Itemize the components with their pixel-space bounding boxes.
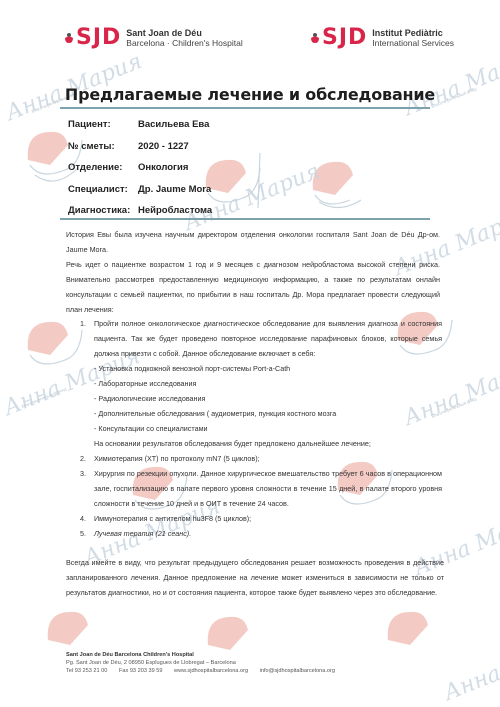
hospital-logo-right: SJD Institut Pediàtric International Ser…: [310, 25, 454, 50]
info-label: № сметы:: [68, 141, 138, 152]
info-value: Нейробластома: [138, 205, 212, 216]
footer: Sant Joan de Déu Barcelona Children's Ho…: [66, 651, 335, 675]
info-row-estimate: № сметы: 2020 - 1227: [68, 136, 212, 158]
plan-item: 1. Пройти полное онкологическое диагност…: [80, 316, 442, 451]
plan-subitem: - Консультации со специалистами: [94, 421, 442, 436]
closing-paragraph: Всегда имейте в виду, что результат пред…: [66, 555, 444, 600]
plan-item-text: Иммунотерапия с антителом hu3F8 (5 цикло…: [94, 511, 442, 526]
footer-tel: Tel 93 253 21 00: [66, 668, 107, 674]
info-label: Специалист:: [68, 184, 138, 195]
info-label: Пациент:: [68, 119, 138, 130]
plan-item-number: 5.: [80, 526, 94, 541]
sjd-logo-icon: [64, 32, 74, 44]
sjd-mark: SJD: [310, 25, 367, 50]
document-title: Предлагаемые лечение и обследование: [0, 85, 500, 104]
treatment-plan-list: 1. Пройти полное онкологическое диагност…: [80, 316, 442, 541]
footer-address: Pg. Sant Joan de Déu, 2 08950 Esplugues …: [66, 659, 335, 667]
info-label: Диагностика:: [68, 205, 138, 216]
plan-subitem: - Радиологические исследования: [94, 391, 442, 406]
plan-item-text: Хирургия по резекции опухоли. Данное хир…: [94, 466, 442, 511]
sjd-mark: SJD: [64, 25, 121, 50]
plan-item-text: Лучевая терапия (21 сеанс).: [94, 526, 442, 541]
plan-item: 4. Иммунотерапия с антителом hu3F8 (5 ци…: [80, 511, 442, 526]
logo-mark-text: SJD: [76, 25, 121, 50]
plan-subitem: - Лабораторные исследования: [94, 376, 442, 391]
info-value: Онкология: [138, 162, 188, 173]
footer-website-link[interactable]: www.sjdhospitalbarcelona.org: [174, 668, 248, 674]
logo-mark-text: SJD: [322, 25, 367, 50]
info-value: 2020 - 1227: [138, 141, 189, 152]
patient-info: Пациент: Васильева Ева № сметы: 2020 - 1…: [68, 114, 212, 222]
sjd-logo-icon: [310, 32, 320, 44]
footer-fax: Fax 93 203 39 59: [119, 668, 163, 674]
plan-item-text: Химиотерапия (ХТ) по протоколу mN7 (5 ци…: [94, 451, 442, 466]
plan-item-text: Пройти полное онкологическое диагностиче…: [94, 316, 442, 361]
intro-text: История Евы была изучена научным директо…: [66, 227, 440, 317]
logo-line1: Institut Pediàtric: [372, 28, 454, 38]
plan-item: 3. Хирургия по резекции опухоли. Данное …: [80, 466, 442, 511]
intro-paragraph: История Евы была изучена научным директо…: [66, 227, 440, 257]
intro-paragraph: Речь идет о пациентке возрастом 1 год и …: [66, 257, 440, 317]
divider: [60, 107, 430, 109]
plan-item-number: 1.: [80, 316, 94, 451]
document-page: SJD Sant Joan de Déu Barcelona · Childre…: [0, 0, 500, 707]
info-value: Др. Jaume Mora: [138, 184, 211, 195]
info-label: Отделение:: [68, 162, 138, 173]
logo-line2: International Services: [372, 38, 454, 48]
info-row-specialist: Специалист: Др. Jaume Mora: [68, 179, 212, 201]
plan-item-followup: На основании результатов обследования бу…: [94, 436, 442, 451]
plan-item: 5. Лучевая терапия (21 сеанс).: [80, 526, 442, 541]
logo-line2: Barcelona · Children's Hospital: [126, 38, 242, 48]
plan-subitem: - Дополнительные обследования ( аудиомет…: [94, 406, 442, 421]
plan-item-number: 4.: [80, 511, 94, 526]
info-row-patient: Пациент: Васильева Ева: [68, 114, 212, 136]
hospital-logo-left: SJD Sant Joan de Déu Barcelona · Childre…: [64, 25, 243, 50]
divider: [60, 218, 430, 220]
plan-item-number: 3.: [80, 466, 94, 511]
footer-hospital-name: Sant Joan de Déu Barcelona Children's Ho…: [66, 651, 335, 659]
plan-item-number: 2.: [80, 451, 94, 466]
info-value: Васильева Ева: [138, 119, 209, 130]
plan-item: 2. Химиотерапия (ХТ) по протоколу mN7 (5…: [80, 451, 442, 466]
info-row-department: Отделение: Онкология: [68, 157, 212, 179]
footer-email-link[interactable]: info@sjdhospitalbarcelona.org: [260, 668, 335, 674]
logo-line1: Sant Joan de Déu: [126, 28, 242, 38]
plan-subitem: - Установка подкожной венозной порт-сист…: [94, 361, 442, 376]
